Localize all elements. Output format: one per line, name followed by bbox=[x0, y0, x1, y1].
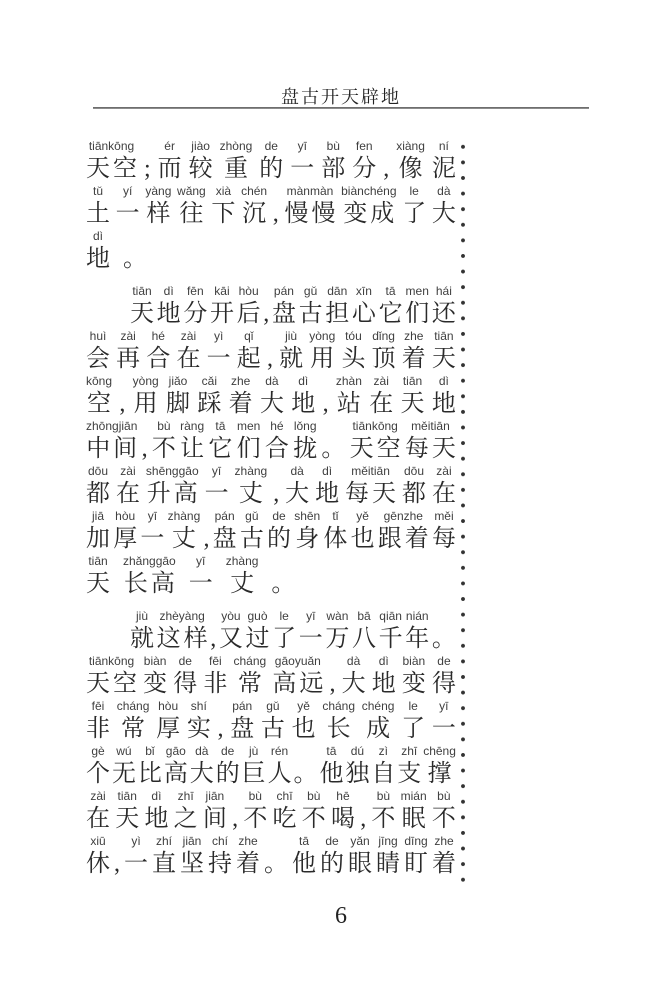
ruby-group: 。 bbox=[294, 744, 318, 789]
hanzi-text: 地 bbox=[432, 389, 459, 419]
pinyin-text: yī bbox=[306, 609, 315, 624]
hanzi-text: 一 bbox=[124, 849, 151, 879]
pinyin-text: fēi bbox=[209, 654, 222, 669]
pinyin-text: yòng bbox=[309, 329, 335, 344]
pinyin-text: cháng bbox=[117, 699, 150, 714]
pinyin-text: mián bbox=[401, 789, 427, 804]
hanzi-text: 每天 bbox=[405, 434, 459, 464]
hanzi-text: 后 bbox=[237, 299, 264, 329]
hanzi-text: 心 bbox=[352, 299, 379, 329]
hanzi-text: 一 bbox=[205, 479, 232, 509]
ruby-group: dǐng顶 bbox=[372, 329, 396, 374]
hanzi-text: 常 bbox=[238, 669, 265, 699]
hanzi-text: 盘 bbox=[213, 524, 240, 554]
ruby-group: yī一 bbox=[140, 509, 164, 554]
ruby-group: men们 bbox=[237, 419, 261, 464]
hanzi-text: 直 bbox=[152, 849, 179, 879]
hanzi-text: 在 bbox=[176, 344, 203, 374]
pinyin-text: dān bbox=[327, 284, 347, 299]
ruby-group: zài在 bbox=[176, 329, 200, 374]
pinyin-text: shēnggāo bbox=[146, 464, 199, 479]
ruby-group: zhōngjiān中间 bbox=[86, 419, 137, 464]
hanzi-text: , bbox=[232, 804, 241, 834]
hanzi-text: 中间 bbox=[86, 434, 140, 464]
ruby-group: yòng用 bbox=[309, 329, 335, 374]
hanzi-text: 比 bbox=[138, 759, 165, 789]
pinyin-text: nián bbox=[406, 609, 429, 624]
pinyin-text: tā bbox=[326, 744, 336, 759]
hanzi-text: 了 bbox=[272, 624, 299, 654]
hanzi-text: 间 bbox=[203, 804, 230, 834]
pinyin-text: tā bbox=[299, 834, 309, 849]
hanzi-text: 这样 bbox=[157, 624, 211, 654]
ruby-group: dīng盯 bbox=[404, 834, 428, 879]
pinyin-text: yǎn bbox=[350, 834, 369, 849]
hanzi-text: 眼 bbox=[348, 849, 375, 879]
ruby-group: fēi非 bbox=[203, 654, 227, 699]
hanzi-text: 。 bbox=[123, 244, 150, 274]
ruby-group: hòu厚 bbox=[156, 699, 180, 744]
hanzi-text: 就 bbox=[130, 624, 157, 654]
ruby-group: dì地 bbox=[372, 654, 396, 699]
hanzi-text: 过 bbox=[246, 624, 273, 654]
pinyin-text: bù bbox=[327, 139, 340, 154]
hanzi-text: 担 bbox=[325, 299, 352, 329]
ruby-group: 。 bbox=[432, 609, 456, 654]
pinyin-text: dì bbox=[298, 374, 308, 389]
pinyin-text: zhèyàng bbox=[159, 609, 204, 624]
hanzi-text: 高 bbox=[164, 759, 191, 789]
hanzi-text: 踩 bbox=[197, 389, 224, 419]
ruby-group: pán盘 bbox=[213, 509, 237, 554]
pinyin-text: de bbox=[325, 834, 338, 849]
ruby-group: huì会 bbox=[86, 329, 110, 374]
text-line: tǔ土yí一yàng样wǎng往xià下chén沉,mànmàn慢慢biànch… bbox=[86, 184, 456, 229]
page-number: 6 bbox=[93, 903, 589, 930]
hanzi-text: 地 bbox=[291, 389, 318, 419]
hanzi-text: 的 bbox=[320, 849, 347, 879]
ruby-group: pán盘 bbox=[272, 284, 296, 329]
hanzi-text: 地 bbox=[157, 299, 184, 329]
ruby-group: lǒng拢 bbox=[293, 419, 317, 464]
ruby-group: qiān千 bbox=[379, 609, 403, 654]
ruby-group: yǎn眼 bbox=[348, 834, 372, 879]
hanzi-text: 下 bbox=[211, 199, 238, 229]
ruby-group: le了 bbox=[402, 184, 426, 229]
hanzi-text: 在 bbox=[116, 479, 143, 509]
hanzi-text: 。 bbox=[432, 624, 459, 654]
book-page: 盘古开天辟地 tiānkōng天空;ér而jiào较zhòng重de的yī一bù… bbox=[0, 0, 659, 1000]
pinyin-text: tiānkōng bbox=[352, 419, 397, 434]
ruby-group: de的 bbox=[267, 509, 291, 554]
ruby-group: kāi开 bbox=[210, 284, 234, 329]
hanzi-text: 之 bbox=[174, 804, 201, 834]
pinyin-text: hòu bbox=[239, 284, 259, 299]
hanzi-text: 顶 bbox=[372, 344, 399, 374]
pinyin-text: dì bbox=[164, 284, 174, 299]
hanzi-text: , bbox=[360, 804, 369, 834]
pinyin-text: le bbox=[279, 609, 288, 624]
text-line: jiā加hòu厚yī一zhàng丈,pán盘gǔ古de的shēn身tǐ体yě也g… bbox=[86, 509, 456, 554]
hanzi-text: 非 bbox=[86, 714, 113, 744]
pinyin-text: yì bbox=[131, 834, 140, 849]
pinyin-text: dōu bbox=[88, 464, 108, 479]
ruby-group: yě也 bbox=[292, 699, 316, 744]
ruby-group: yòng用 bbox=[133, 374, 159, 419]
pinyin-text: gǔ bbox=[304, 284, 317, 299]
ruby-group: zài在 bbox=[432, 464, 456, 509]
pinyin-text: měitiān bbox=[351, 464, 390, 479]
hanzi-text: , bbox=[267, 344, 276, 374]
ruby-group: hē喝 bbox=[331, 789, 355, 834]
ruby-group: men们 bbox=[405, 284, 429, 329]
pinyin-text: wú bbox=[116, 744, 131, 759]
text-line: zhōngjiān中间,bù不ràng让tā它men们hé合lǒng拢。tiān… bbox=[86, 419, 456, 464]
hanzi-text: 地 bbox=[372, 669, 399, 699]
pinyin-text: de bbox=[272, 509, 285, 524]
hanzi-text: 分 bbox=[352, 154, 379, 184]
ruby-group: měi每 bbox=[432, 509, 456, 554]
dotted-border bbox=[460, 139, 466, 889]
pinyin-text: fen bbox=[356, 139, 373, 154]
hanzi-text: 。 bbox=[321, 434, 348, 464]
hanzi-text: 合 bbox=[146, 344, 173, 374]
hanzi-text: 天 bbox=[130, 299, 157, 329]
ruby-group: chén沉 bbox=[241, 184, 267, 229]
hanzi-text: 丈 bbox=[230, 569, 257, 599]
ruby-group: dōu都 bbox=[402, 464, 426, 509]
pinyin-text: tā bbox=[386, 284, 396, 299]
pinyin-text: dà bbox=[347, 654, 360, 669]
text-line: dōu都zài在shēnggāo升高yī一zhàng丈,dà大dì地měitiā… bbox=[86, 464, 456, 509]
hanzi-text: 体 bbox=[323, 524, 350, 554]
hanzi-text: 升高 bbox=[147, 479, 201, 509]
ruby-group: zhǎnggāo长高 bbox=[123, 554, 176, 599]
hanzi-text: 一 bbox=[299, 624, 326, 654]
hanzi-text: 站 bbox=[337, 389, 364, 419]
pinyin-text: shí bbox=[191, 699, 207, 714]
ruby-group: dà大 bbox=[285, 464, 309, 509]
pinyin-text: dì bbox=[379, 654, 389, 669]
pinyin-text: jiā bbox=[92, 509, 104, 524]
ruby-group: hé合 bbox=[146, 329, 170, 374]
ruby-group: de的 bbox=[216, 744, 240, 789]
ruby-group: gēnzhe跟着 bbox=[378, 509, 429, 554]
pinyin-text: gāoyuǎn bbox=[275, 654, 321, 669]
pinyin-text: bǐ bbox=[145, 744, 154, 759]
pinyin-text: hòu bbox=[115, 509, 135, 524]
pinyin-text: hòu bbox=[158, 699, 178, 714]
ruby-group: de的 bbox=[320, 834, 344, 879]
hanzi-text: 地 bbox=[86, 244, 113, 274]
hanzi-text: 自 bbox=[371, 759, 398, 789]
pinyin-text: bù bbox=[157, 419, 170, 434]
pinyin-text: hē bbox=[336, 789, 349, 804]
pinyin-text: zhí bbox=[156, 834, 172, 849]
ruby-group: ní泥 bbox=[432, 139, 456, 184]
ruby-group: tiānkōng天空 bbox=[86, 139, 137, 184]
pinyin-text: mànmàn bbox=[287, 184, 334, 199]
hanzi-text: 古 bbox=[240, 524, 267, 554]
hanzi-text: 长 bbox=[327, 714, 354, 744]
hanzi-text: 不 bbox=[432, 804, 459, 834]
ruby-group: tiān天 bbox=[432, 329, 456, 374]
ruby-group: bù不 bbox=[152, 419, 176, 464]
pinyin-text: qiān bbox=[379, 609, 402, 624]
ruby-group: , bbox=[273, 464, 279, 509]
hanzi-text: 着 bbox=[236, 849, 263, 879]
hanzi-text: 厚 bbox=[156, 714, 183, 744]
ruby-group: dì地 bbox=[86, 229, 110, 274]
ruby-group: tiān天 bbox=[401, 374, 425, 419]
hanzi-text: 开 bbox=[210, 299, 237, 329]
page-title: 盘古开天辟地 bbox=[93, 83, 589, 109]
ruby-group: jiā加 bbox=[86, 509, 110, 554]
hanzi-text: 一 bbox=[140, 524, 167, 554]
hanzi-text: 部 bbox=[321, 154, 348, 184]
hanzi-text: 空 bbox=[87, 389, 114, 419]
ruby-group: dú独 bbox=[345, 744, 369, 789]
pinyin-text: lǒng bbox=[294, 419, 317, 434]
hanzi-text: 个 bbox=[86, 759, 113, 789]
hanzi-text: 重 bbox=[224, 154, 251, 184]
ruby-group: jiào较 bbox=[189, 139, 213, 184]
ruby-group: zhe着 bbox=[236, 834, 260, 879]
pinyin-text: huì bbox=[90, 329, 107, 344]
pinyin-text: tǐ bbox=[332, 509, 338, 524]
hanzi-text: 脚 bbox=[166, 389, 193, 419]
pinyin-text: hái bbox=[436, 284, 452, 299]
ruby-group: tā他 bbox=[319, 744, 343, 789]
ruby-group: tā它 bbox=[208, 419, 232, 464]
hanzi-text: 天空 bbox=[86, 669, 140, 699]
hanzi-text: 一 bbox=[290, 154, 317, 184]
ruby-group: dì地 bbox=[157, 284, 181, 329]
hanzi-text: 合 bbox=[265, 434, 292, 464]
ruby-group: gǔ古 bbox=[261, 699, 285, 744]
ruby-group: fēi非 bbox=[86, 699, 110, 744]
ruby-group: gè个 bbox=[86, 744, 110, 789]
ruby-group: dà大 bbox=[260, 374, 284, 419]
hanzi-text: 千 bbox=[379, 624, 406, 654]
ruby-group: jiān间 bbox=[203, 789, 227, 834]
ruby-group: yī一 bbox=[432, 699, 456, 744]
hanzi-text: 而 bbox=[158, 154, 185, 184]
ruby-group: , bbox=[119, 374, 125, 419]
pinyin-text: men bbox=[237, 419, 260, 434]
ruby-group: 。 bbox=[321, 419, 345, 464]
ruby-group: jù巨 bbox=[242, 744, 266, 789]
hanzi-text: 还 bbox=[432, 299, 459, 329]
pinyin-text: yī bbox=[196, 554, 205, 569]
hanzi-text: 也 bbox=[351, 524, 378, 554]
hanzi-text: ; bbox=[144, 154, 154, 184]
ruby-group: , bbox=[273, 184, 279, 229]
hanzi-text: 在 bbox=[369, 389, 396, 419]
hanzi-text: 往 bbox=[179, 199, 206, 229]
hanzi-text: , bbox=[203, 524, 212, 554]
hanzi-text: 一 bbox=[189, 569, 216, 599]
pinyin-text: men bbox=[406, 284, 429, 299]
hanzi-text: 变成 bbox=[343, 199, 397, 229]
pinyin-text: měitiān bbox=[411, 419, 450, 434]
pinyin-text: chéng bbox=[362, 699, 395, 714]
hanzi-text: 它 bbox=[379, 299, 406, 329]
pinyin-text: jiù bbox=[285, 329, 297, 344]
hanzi-text: 每天 bbox=[345, 479, 399, 509]
hanzi-text: 起 bbox=[237, 344, 264, 374]
pinyin-text: bù bbox=[377, 789, 390, 804]
pinyin-text: ràng bbox=[180, 419, 204, 434]
pinyin-text: zhōngjiān bbox=[86, 419, 137, 434]
pinyin-text: yí bbox=[123, 184, 132, 199]
ruby-group: , bbox=[114, 834, 120, 879]
ruby-group: yī一 bbox=[205, 464, 229, 509]
pinyin-text: zài bbox=[181, 329, 196, 344]
pinyin-text: pán bbox=[274, 284, 294, 299]
ruby-group: wǎng往 bbox=[177, 184, 206, 229]
hanzi-text: 天空 bbox=[86, 154, 140, 184]
pinyin-text: fēi bbox=[92, 699, 105, 714]
pinyin-text: yì bbox=[214, 329, 223, 344]
text-line: zài在tiān天dì地zhī之jiān间,bù不chī吃bù不hē喝,bù不m… bbox=[86, 789, 456, 834]
hanzi-text: 沉 bbox=[242, 199, 269, 229]
hanzi-text: 丈 bbox=[239, 479, 266, 509]
ruby-group: yì一 bbox=[207, 329, 231, 374]
hanzi-text: 拢 bbox=[293, 434, 320, 464]
ruby-group: zhī之 bbox=[174, 789, 198, 834]
pinyin-text: tǔ bbox=[93, 184, 103, 199]
ruby-group: guò过 bbox=[246, 609, 270, 654]
pinyin-text: yòu bbox=[221, 609, 240, 624]
ruby-group: yì一 bbox=[124, 834, 148, 879]
hanzi-text: 实 bbox=[187, 714, 214, 744]
hanzi-text: 非 bbox=[203, 669, 230, 699]
ruby-group: pán盘 bbox=[230, 699, 254, 744]
ruby-group: dà大 bbox=[190, 744, 214, 789]
ruby-group: yàng样 bbox=[145, 184, 171, 229]
pinyin-text: dōu bbox=[404, 464, 424, 479]
ruby-group: hòu厚 bbox=[113, 509, 137, 554]
hanzi-text: 长高 bbox=[124, 569, 178, 599]
ruby-group: cǎi踩 bbox=[197, 374, 221, 419]
ruby-group: zài在 bbox=[86, 789, 110, 834]
ruby-group: yí一 bbox=[116, 184, 140, 229]
hanzi-text: 天空 bbox=[350, 434, 404, 464]
ruby-group: yī一 bbox=[189, 554, 213, 599]
ruby-group: gāoyuǎn高远 bbox=[272, 654, 323, 699]
ruby-group: 。 bbox=[123, 229, 147, 274]
pinyin-text: bā bbox=[357, 609, 370, 624]
pinyin-text: gǔ bbox=[266, 699, 279, 714]
ruby-group: gāo高 bbox=[164, 744, 188, 789]
hanzi-text: 们 bbox=[405, 299, 432, 329]
pinyin-text: tiān bbox=[88, 554, 107, 569]
hanzi-text: , bbox=[329, 669, 338, 699]
hanzi-text: 不 bbox=[302, 804, 329, 834]
hanzi-text: 着 bbox=[402, 344, 429, 374]
hanzi-text: 睛 bbox=[376, 849, 403, 879]
pinyin-text: jiǎo bbox=[169, 374, 188, 389]
hanzi-text: 也 bbox=[292, 714, 319, 744]
pinyin-text: ér bbox=[164, 139, 175, 154]
ruby-group: mànmàn慢慢 bbox=[284, 184, 335, 229]
pinyin-text: tā bbox=[215, 419, 225, 434]
text-line: kōng空,yòng用jiǎo脚cǎi踩zhe着dà大dì地,zhàn站zài在… bbox=[86, 374, 456, 419]
ruby-group: dì地 bbox=[432, 374, 456, 419]
pinyin-text: chí bbox=[212, 834, 228, 849]
pinyin-text: zhàn bbox=[336, 374, 362, 389]
pinyin-text: cǎi bbox=[202, 374, 217, 389]
ruby-group: zhī支 bbox=[397, 744, 421, 789]
hanzi-text: 得 bbox=[173, 669, 200, 699]
hanzi-text: 他 bbox=[319, 759, 346, 789]
ruby-group: bù不 bbox=[302, 789, 326, 834]
ruby-group: xiū休 bbox=[86, 834, 110, 879]
hanzi-text: 了 bbox=[401, 714, 428, 744]
hanzi-text: 独 bbox=[345, 759, 372, 789]
pinyin-text: zhe bbox=[231, 374, 250, 389]
pinyin-text: gēnzhe bbox=[384, 509, 423, 524]
ruby-group: , bbox=[210, 609, 216, 654]
text-line: tiānkōng天空biàn变de得fēi非cháng常gāoyuǎn高远,dà… bbox=[86, 654, 456, 699]
pinyin-text: dǐng bbox=[372, 329, 395, 344]
pinyin-text: tiān bbox=[118, 789, 137, 804]
hanzi-text: , bbox=[218, 714, 227, 744]
pinyin-text: gāo bbox=[166, 744, 186, 759]
pinyin-text: yě bbox=[297, 699, 310, 714]
pinyin-text: jīng bbox=[378, 834, 397, 849]
pinyin-text: ní bbox=[439, 139, 449, 154]
pinyin-text: zhǎnggāo bbox=[123, 554, 176, 569]
hanzi-text: 会 bbox=[86, 344, 113, 374]
ruby-group: tóu头 bbox=[341, 329, 365, 374]
pinyin-text: qǐ bbox=[244, 329, 253, 344]
hanzi-text: , bbox=[273, 479, 282, 509]
title-divider bbox=[93, 107, 589, 109]
ruby-group: , bbox=[142, 419, 148, 464]
ruby-group: tiān天 bbox=[86, 554, 110, 599]
hanzi-text: 的 bbox=[267, 524, 294, 554]
hanzi-text: 地 bbox=[315, 479, 342, 509]
ruby-group: zài在 bbox=[369, 374, 393, 419]
hanzi-text: 它 bbox=[208, 434, 235, 464]
pinyin-text: zài bbox=[120, 329, 135, 344]
ruby-group: chēng撑 bbox=[423, 744, 456, 789]
ruby-group: bǐ比 bbox=[138, 744, 162, 789]
pinyin-text: cháng bbox=[234, 654, 267, 669]
pinyin-text: měi bbox=[434, 509, 453, 524]
pinyin-text: fēn bbox=[187, 284, 204, 299]
pinyin-text: kōng bbox=[86, 374, 112, 389]
ruby-group: zhe着 bbox=[432, 834, 456, 879]
ruby-group: tiān天 bbox=[130, 284, 154, 329]
text-line: tiānkōng天空;ér而jiào较zhòng重de的yī一bù部fen分,x… bbox=[86, 139, 456, 184]
pinyin-text: cháng bbox=[322, 699, 355, 714]
hanzi-text: 让 bbox=[180, 434, 207, 464]
hanzi-text: 头 bbox=[341, 344, 368, 374]
pinyin-text: yī bbox=[298, 139, 307, 154]
ruby-group: tiān天 bbox=[115, 789, 139, 834]
ruby-group: hái还 bbox=[432, 284, 456, 329]
pinyin-text: le bbox=[408, 699, 417, 714]
hanzi-text: 成 bbox=[366, 714, 393, 744]
pinyin-text: dì bbox=[322, 464, 332, 479]
hanzi-text: 样 bbox=[146, 199, 173, 229]
hanzi-text: 古 bbox=[261, 714, 288, 744]
pinyin-text: chēng bbox=[423, 744, 456, 759]
ruby-group: bù部 bbox=[321, 139, 345, 184]
